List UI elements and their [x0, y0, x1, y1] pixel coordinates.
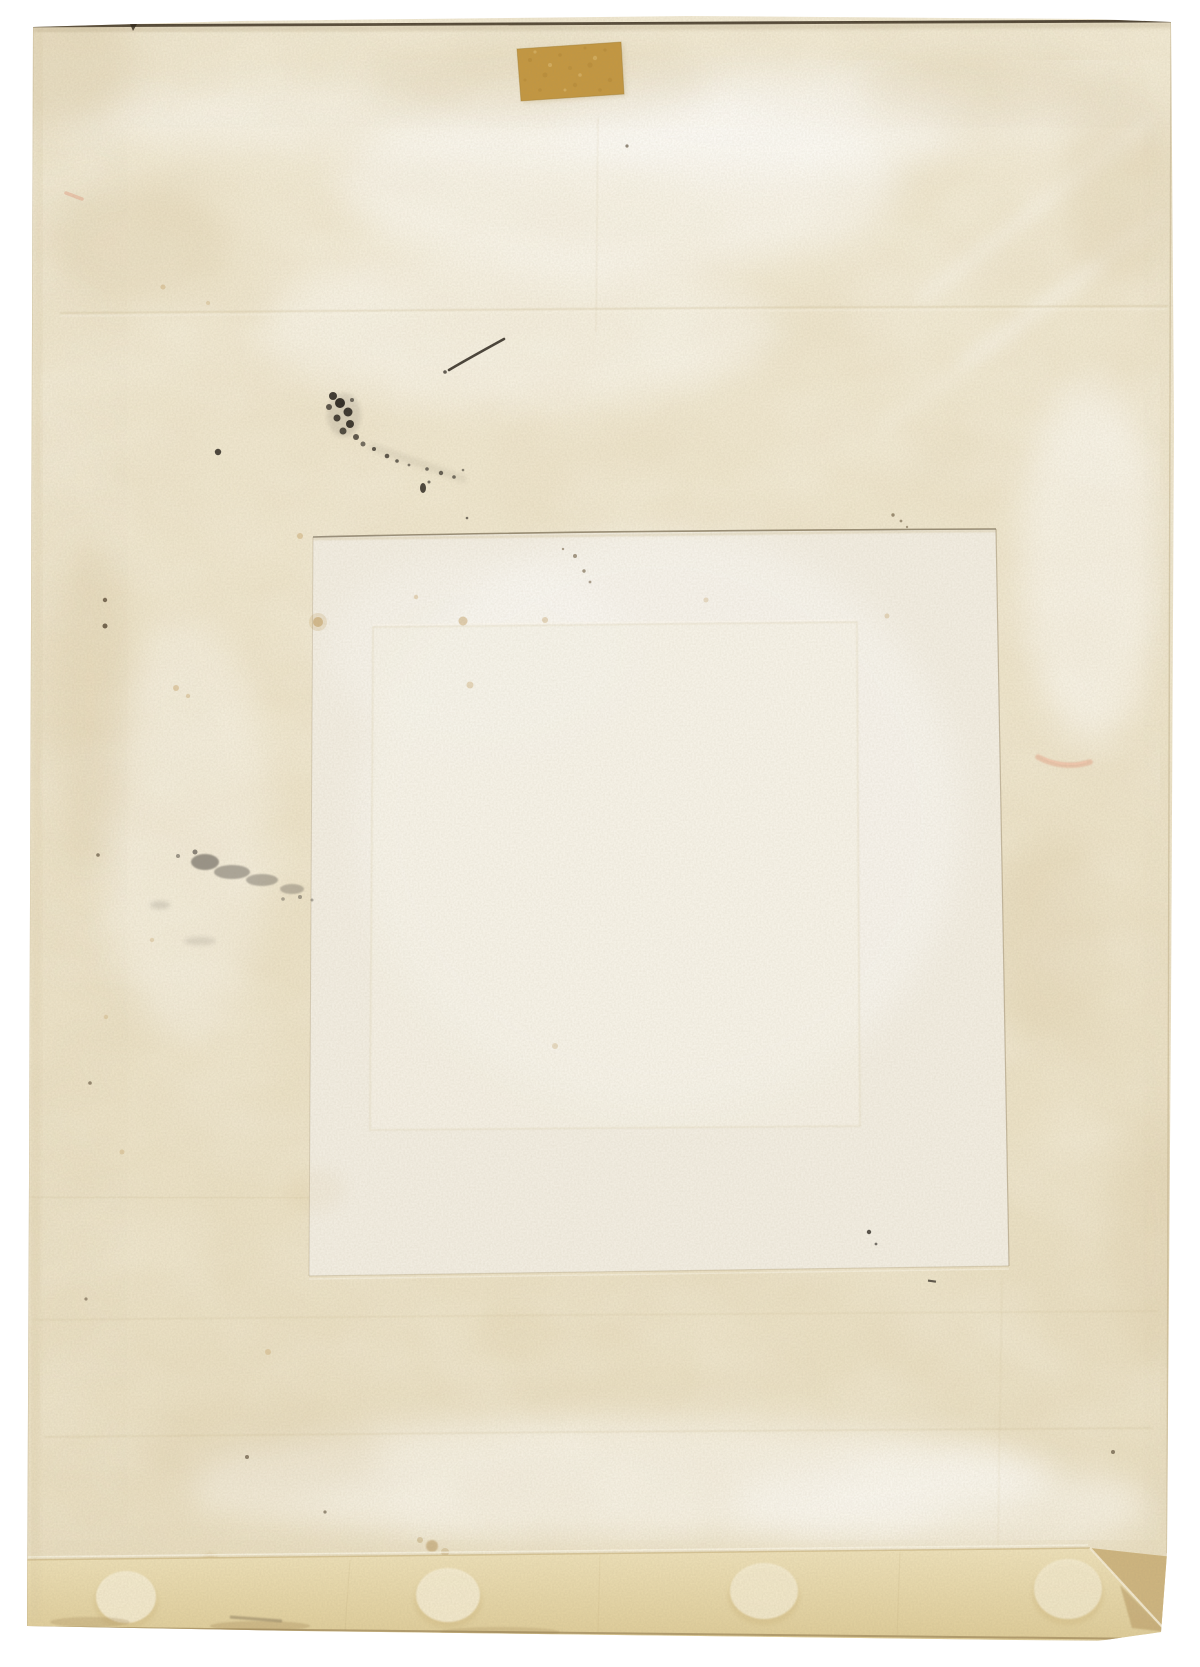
photo-print-verso [0, 0, 1200, 1667]
print-verso-rendering [0, 0, 1200, 1667]
paper-texture-grain [0, 0, 1200, 1667]
